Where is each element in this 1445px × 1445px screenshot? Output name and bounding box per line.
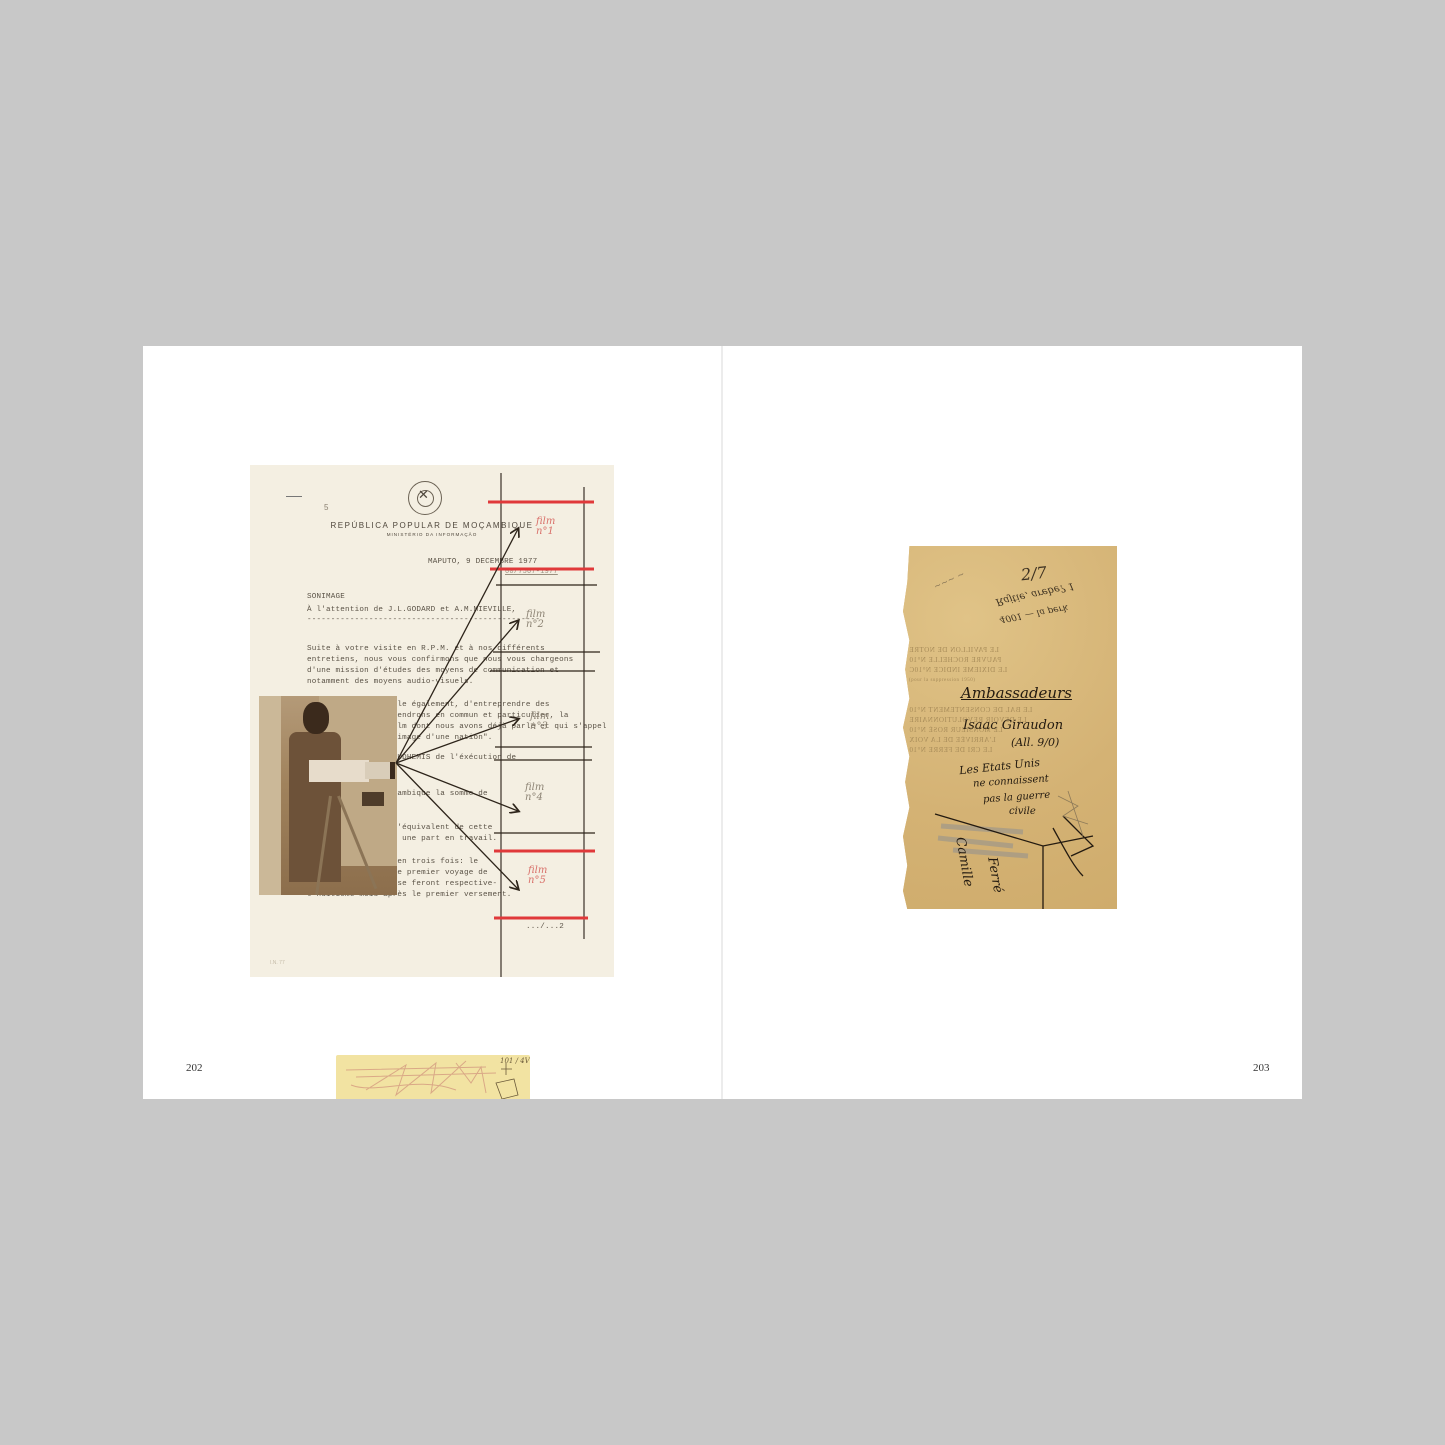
left-page: 5 REPÚBLICA POPULAR DE MOÇAMBIQUE MINIST…: [143, 346, 721, 1099]
page-number-left: 202: [186, 1062, 203, 1074]
typed-letter-document: 5 REPÚBLICA POPULAR DE MOÇAMBIQUE MINIST…: [250, 465, 614, 977]
slip-corner-note: 101 / 4V: [500, 1057, 530, 1065]
diagram-overlay: [250, 465, 614, 977]
note-sketch-strokes: [903, 546, 1117, 909]
page-number-right: 203: [1253, 1062, 1270, 1074]
torn-handwritten-note: LE PAVILLON DE NOTRE PAUVRE ROCHELLE N°1…: [903, 546, 1117, 909]
book-spread: 5 REPÚBLICA POPULAR DE MOÇAMBIQUE MINIST…: [143, 346, 1302, 1099]
yellow-slip-document: 101 / 4V: [336, 1055, 530, 1099]
